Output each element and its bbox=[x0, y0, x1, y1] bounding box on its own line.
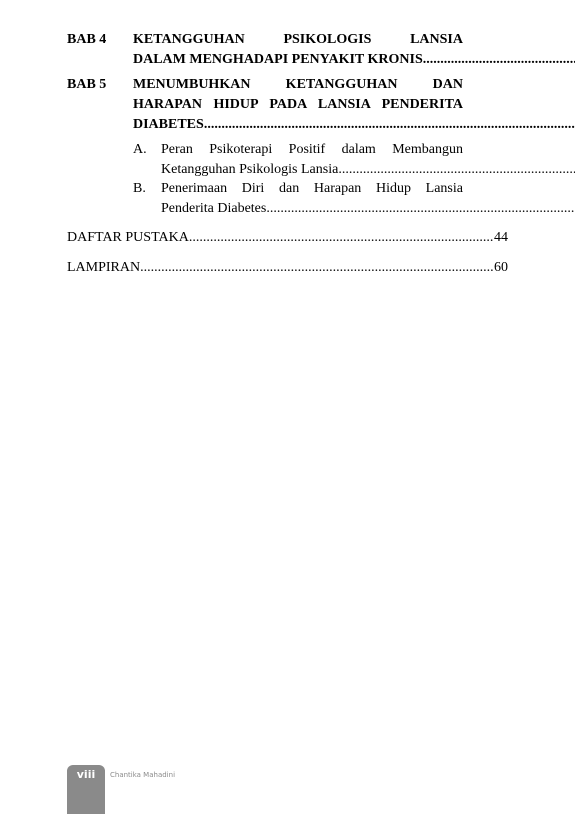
page-number: 44 bbox=[494, 228, 508, 248]
chapter-number: BAB 5 bbox=[67, 75, 133, 135]
dot-leader bbox=[423, 50, 575, 70]
dot-leader bbox=[204, 115, 575, 135]
subitem-title-last-line: Penderita Diabetes bbox=[161, 199, 266, 219]
toc-subitem-b[interactable]: B. Penerimaan Diri dan Harapan Hidup Lan… bbox=[133, 179, 508, 218]
chapter-title-last-line: DIABETES bbox=[133, 115, 204, 135]
entry-title: LAMPIRAN bbox=[67, 258, 140, 278]
dot-leader bbox=[140, 258, 494, 278]
footer-page-tab: viii bbox=[67, 765, 105, 814]
dot-leader bbox=[266, 199, 575, 219]
footer-author: Chantika Mahadini bbox=[110, 770, 175, 780]
footer-page-number: viii bbox=[67, 768, 105, 782]
chapter-title-line: HARAPAN HIDUP PADA LANSIA PENDERITA bbox=[133, 95, 463, 115]
chapter-title-line: KETANGGUHAN PSIKOLOGIS LANSIA bbox=[133, 30, 463, 50]
subitem-title-last-line: Ketangguhan Psikologis Lansia bbox=[161, 160, 338, 180]
toc-chapter-4[interactable]: BAB 4 KETANGGUHAN PSIKOLOGIS LANSIA DALA… bbox=[67, 30, 508, 70]
subitem-letter: A. bbox=[133, 140, 161, 179]
toc-subitems: A. Peran Psikoterapi Positif dalam Memba… bbox=[133, 140, 508, 218]
dot-leader bbox=[338, 160, 575, 180]
chapter-number: BAB 4 bbox=[67, 30, 133, 70]
subitem-letter: B. bbox=[133, 179, 161, 218]
entry-title: DAFTAR PUSTAKA bbox=[67, 228, 189, 248]
table-of-contents: BAB 4 KETANGGUHAN PSIKOLOGIS LANSIA DALA… bbox=[67, 30, 508, 278]
toc-entry-lampiran[interactable]: LAMPIRAN 60 bbox=[67, 258, 508, 278]
subitem-title-line: Peran Psikoterapi Positif dalam Membangu… bbox=[161, 140, 463, 160]
subitem-title-line: Penerimaan Diri dan Harapan Hidup Lansia bbox=[161, 179, 463, 199]
toc-subitem-a[interactable]: A. Peran Psikoterapi Positif dalam Memba… bbox=[133, 140, 508, 179]
toc-entry-daftar-pustaka[interactable]: DAFTAR PUSTAKA 44 bbox=[67, 228, 508, 248]
dot-leader bbox=[189, 228, 494, 248]
toc-chapter-5[interactable]: BAB 5 MENUMBUHKAN KETANGGUHAN DAN HARAPA… bbox=[67, 75, 508, 135]
chapter-title-last-line: DALAM MENGHADAPI PENYAKIT KRONIS bbox=[133, 50, 423, 70]
page-number: 60 bbox=[494, 258, 508, 278]
chapter-title-line: MENUMBUHKAN KETANGGUHAN DAN bbox=[133, 75, 463, 95]
